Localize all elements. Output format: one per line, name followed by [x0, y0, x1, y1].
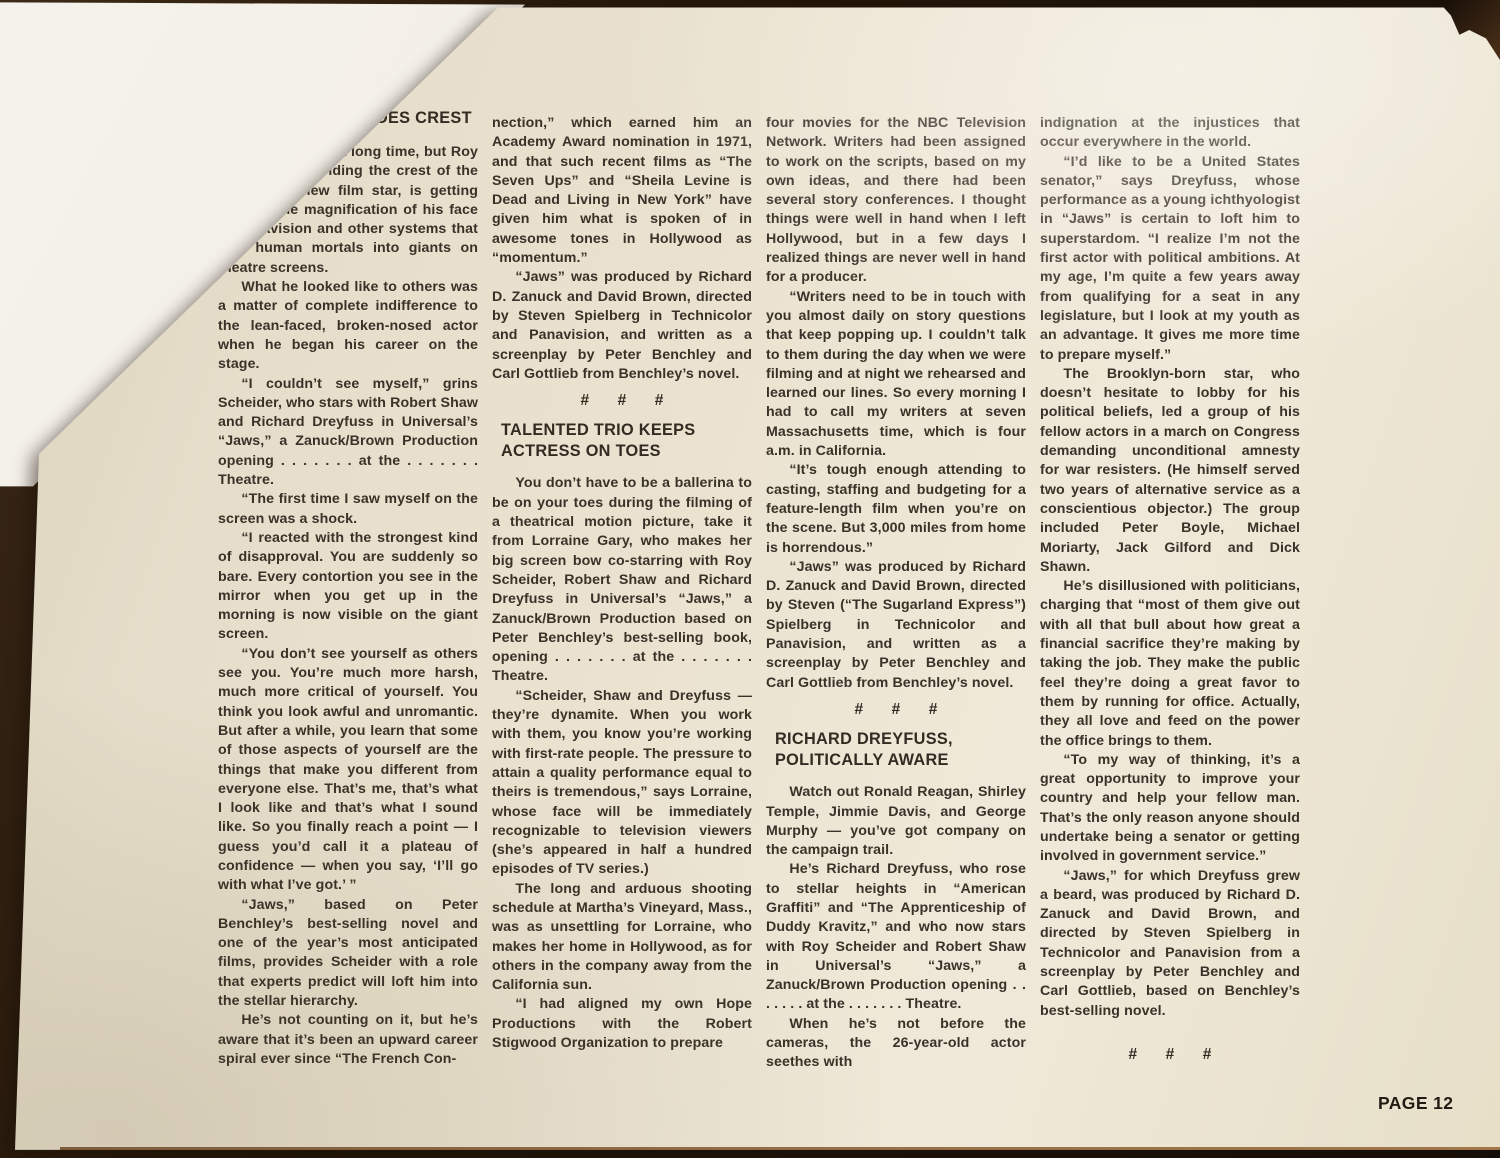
- page-bottom-edge: [60, 1147, 1500, 1150]
- article-paragraph: “Writers need to be in touch with you al…: [766, 288, 1026, 462]
- publicity-badge-label: PUBLICITY: [242, 53, 398, 82]
- section-divider-hashes: # # #: [492, 391, 752, 410]
- section-divider-hashes: # # #: [1040, 1045, 1300, 1064]
- article-paragraph: “Jaws,” for which Dreyfuss grew a beard,…: [1040, 867, 1300, 1021]
- section-divider-hashes: # # #: [766, 700, 1026, 719]
- article-paragraph: Watch out Ronald Reagan, Shirley Temple,…: [766, 783, 1026, 860]
- article-heading: TALENTED TRIO KEEPS ACTRESS ON TOES: [501, 420, 752, 462]
- article-paragraph: “It’s tough enough attending to casting,…: [766, 461, 1026, 557]
- article-paragraph: The Brooklyn-born star, who doesn’t hesi…: [1040, 365, 1300, 577]
- article-paragraph: “I couldn’t see myself,” grins Scheider,…: [218, 375, 478, 491]
- article-paragraph: He’s not counting on it, but he’s aware …: [218, 1011, 478, 1069]
- article-column-1: ROY SCHEIDER RIDES CREST It’s taken him …: [218, 108, 478, 1073]
- article-heading: RICHARD DREYFUSS, POLITICALLY AWARE: [775, 729, 1026, 771]
- article-paragraph: “I’d like to be a United States senator,…: [1040, 153, 1300, 365]
- article-paragraph: “I reacted with the strongest kind of di…: [218, 529, 478, 645]
- article-paragraph: nection,” which earned him an Academy Aw…: [492, 114, 752, 268]
- article-content: ROY SCHEIDER RIDES CREST It’s taken him …: [218, 108, 1298, 1073]
- article-column-2: nection,” which earned him an Academy Aw…: [492, 108, 752, 1073]
- article-paragraph: “I had aligned my own Hope Productions w…: [492, 995, 752, 1053]
- article-paragraph: indignation at the injustices that occur…: [1040, 114, 1300, 153]
- article-paragraph: He’s Richard Dreyfuss, who rose to stell…: [766, 860, 1026, 1014]
- article-paragraph: “Scheider, Shaw and Dreyfuss — they’re d…: [492, 687, 752, 880]
- publicity-badge: PUBLICITY: [229, 48, 412, 89]
- column-layout: ROY SCHEIDER RIDES CREST It’s taken him …: [218, 108, 1298, 1073]
- article-paragraph: When he’s not before the cameras, the 26…: [766, 1015, 1026, 1073]
- article-heading: ROY SCHEIDER RIDES CREST: [227, 108, 478, 129]
- article-column-4: indignation at the injustices that occur…: [1040, 108, 1300, 1073]
- article-paragraph: “Jaws,” based on Peter Benchley’s best-s…: [218, 896, 478, 1012]
- article-paragraph: He’s disillusioned with politicians, cha…: [1040, 577, 1300, 751]
- article-paragraph: The long and arduous shooting schedule a…: [492, 880, 752, 996]
- article-paragraph: You don’t have to be a ballerina to be o…: [492, 474, 752, 686]
- article-paragraph: What he looked like to others was a matt…: [218, 278, 478, 374]
- article-paragraph: “Jaws” was produced by Richard D. Zanuck…: [492, 268, 752, 384]
- article-paragraph: “Jaws” was produced by Richard D. Zanuck…: [766, 558, 1026, 693]
- article-paragraph: It’s taken him a long time, but Roy Sche…: [218, 143, 478, 278]
- press-kit-page: PUBLICITY ROY SCHEIDER RIDES CREST It’s …: [0, 0, 1500, 1158]
- article-paragraph: “To my way of thinking, it’s a great opp…: [1040, 751, 1300, 867]
- article-paragraph: “You don’t see yourself as others see yo…: [218, 645, 478, 896]
- page-number: PAGE 12: [1378, 1093, 1453, 1114]
- article-column-3: four movies for the NBC Television Netwo…: [766, 108, 1026, 1073]
- press-kit-page-wrap: PUBLICITY ROY SCHEIDER RIDES CREST It’s …: [0, 0, 1500, 1158]
- article-paragraph: “The first time I saw myself on the scre…: [218, 490, 478, 529]
- article-paragraph: four movies for the NBC Television Netwo…: [766, 114, 1026, 288]
